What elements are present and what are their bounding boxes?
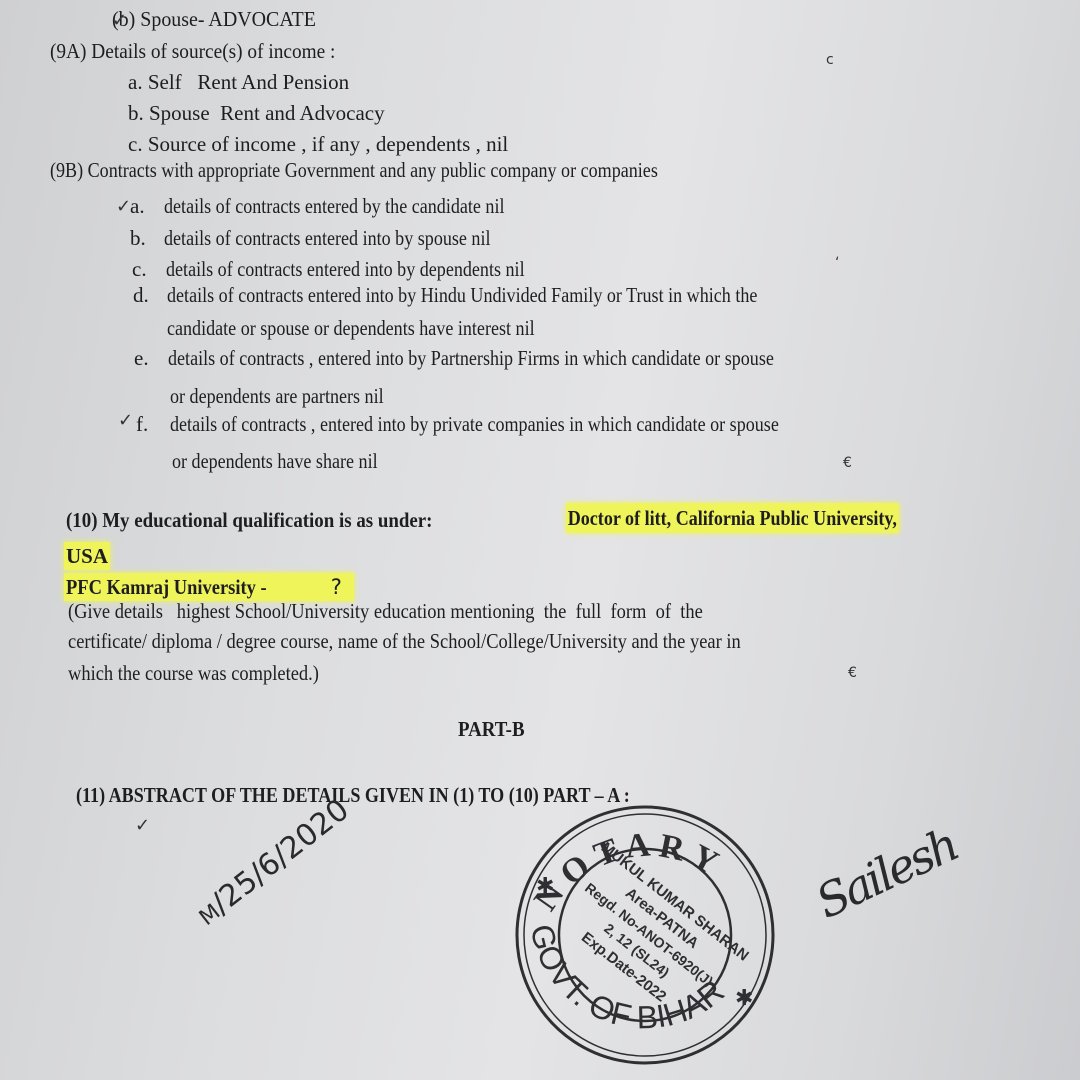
pen-tick-mark: ✓: [118, 410, 133, 431]
pen-mark: €: [843, 455, 852, 471]
section-9a-item-a: a. Self Rent And Pension: [128, 69, 349, 95]
section-9b-item-d: d.details of contracts entered into by H…: [133, 282, 854, 308]
signature: Sailesh: [808, 818, 965, 929]
section-9b-item-e: e.details of contracts , entered into by…: [134, 345, 873, 371]
pen-mark: ‘: [835, 255, 839, 271]
section-9b-item-e-cont: or dependents are partners nil: [170, 383, 418, 409]
section-9b-item-d-cont: candidate or spouse or dependents have i…: [167, 315, 594, 341]
pen-mark: c: [826, 52, 834, 68]
section-9b-heading: (9B) Contracts with appropriate Governme…: [50, 157, 757, 183]
section-9b-item-f-cont: or dependents have share nil: [172, 448, 411, 474]
handwritten-date: M/25/6/2020: [190, 792, 356, 932]
qualification-country: USA: [64, 543, 110, 569]
pen-tick-mark: ✓: [135, 815, 150, 836]
pen-tick-mark: ✓: [116, 196, 131, 217]
qualification-second-university: PFC Kamraj University - ?: [64, 574, 354, 600]
qualification-highlighted: Doctor of litt, California Public Univer…: [566, 503, 953, 533]
pen-mark: €: [848, 665, 857, 681]
section-10-label: (10) My educational qualification is as …: [66, 507, 473, 533]
section-9a-item-b: b. Spouse Rent and Advocacy: [128, 100, 385, 126]
notary-stamp: N O T A R Y GOVT. OF BIHAR ✱ ✱ MUKUL KUM…: [500, 795, 790, 1075]
section-9b-item-f: f.details of contracts , entered into by…: [136, 411, 878, 437]
section-9b-item-c: c.details of contracts entered into by d…: [132, 256, 583, 282]
question-annotation: ?: [331, 575, 342, 599]
section-9a-heading: (9A) Details of source(s) of income :: [50, 38, 360, 64]
svg-text:✱: ✱: [735, 986, 753, 1011]
affidavit-page: (b) Spouse- ADVOCATE (9A) Details of sou…: [0, 0, 1080, 1080]
section-9b-item-a: a.details of contracts entered by the ca…: [130, 193, 560, 219]
svg-text:✱: ✱: [536, 874, 554, 899]
section-10-instruction-3: which the course was completed.): [68, 660, 353, 686]
section-9a-item-c: c. Source of income , if any , dependent…: [128, 131, 508, 157]
section-9b-item-b: b.details of contracts entered into by s…: [130, 225, 544, 251]
section-10-instruction-1: (Give details highest School/University …: [68, 598, 789, 624]
section-10-instruction-2: certificate/ diploma / degree course, na…: [68, 628, 832, 654]
spouse-occupation: (b) Spouse- ADVOCATE: [112, 6, 327, 32]
pen-tick-mark: ✓: [112, 10, 127, 31]
part-b-title: PART-B: [458, 716, 532, 742]
